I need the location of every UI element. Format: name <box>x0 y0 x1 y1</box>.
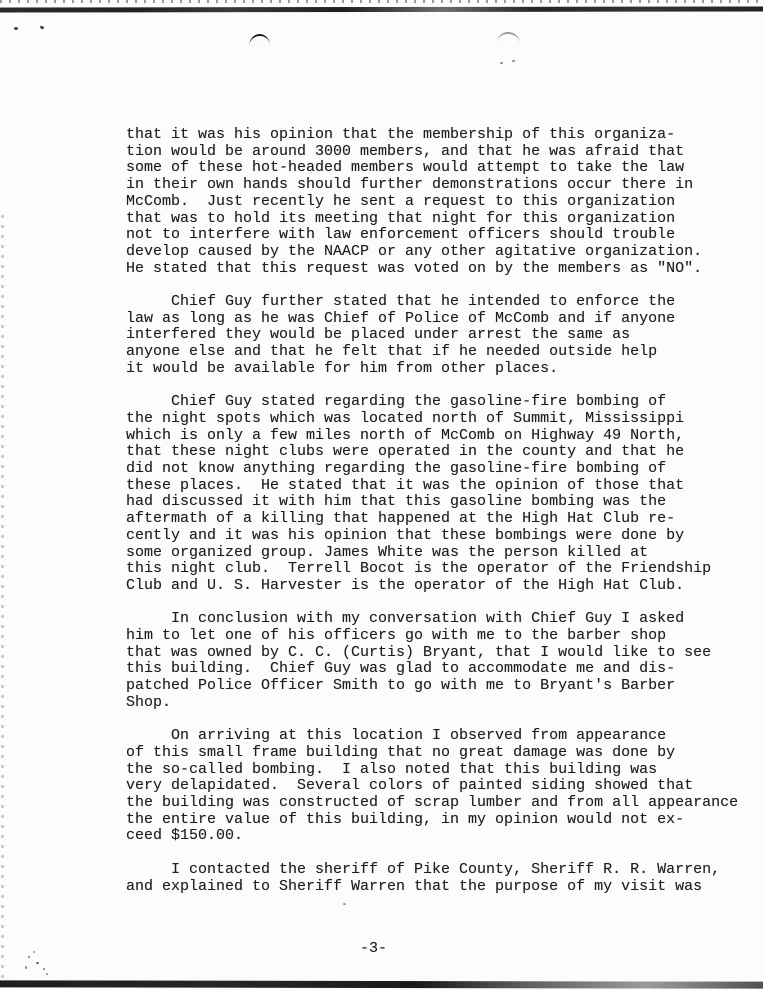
paragraph-gasoline-bombing: Chief Guy stated regarding the gasoline-… <box>126 394 738 594</box>
scan-edge-bottom <box>0 980 763 988</box>
document-body: that it was his opinion that the members… <box>126 127 738 912</box>
scan-margin-marks <box>1 215 4 985</box>
paragraph-enforce-law: Chief Guy further stated that he intende… <box>126 294 738 378</box>
scan-halftone-strip <box>0 0 763 3</box>
scan-speck <box>500 62 503 64</box>
paragraph-sheriff-contact: I contacted the sheriff of Pike County, … <box>126 862 738 895</box>
scan-speck <box>33 951 35 953</box>
scan-speck <box>43 968 45 970</box>
scan-speck <box>46 973 48 975</box>
scan-edge-top <box>0 6 763 12</box>
paragraph-building-condition: On arriving at this location I observed … <box>126 728 738 845</box>
scanned-document-page: that it was his opinion that the members… <box>0 0 763 990</box>
scan-speck <box>40 25 45 30</box>
paragraph-membership-opinion: that it was his opinion that the members… <box>126 127 738 277</box>
scan-speck <box>36 962 39 964</box>
scan-speck <box>25 966 27 969</box>
scan-speck <box>512 60 515 62</box>
scan-speck <box>28 956 30 958</box>
scan-speck <box>14 27 18 30</box>
paragraph-barber-shop-visit: In conclusion with my conversation with … <box>126 611 738 711</box>
page-number: -3- <box>360 940 387 957</box>
pen-arc-mark <box>249 33 271 46</box>
pen-arc-mark-faint <box>497 32 520 44</box>
